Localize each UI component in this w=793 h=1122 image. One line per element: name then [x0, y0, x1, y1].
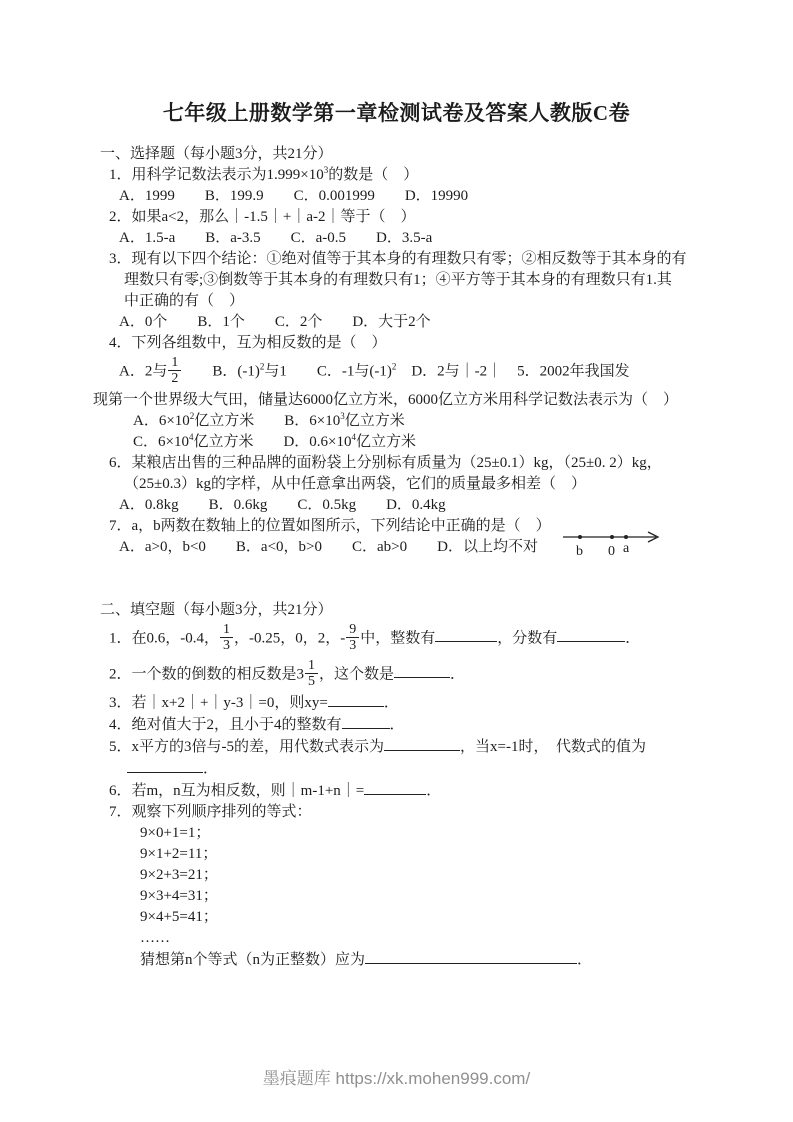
- superscript: 2: [260, 361, 265, 371]
- text-line: 现第一个世界级大气田，储量达6000亿立方米，6000亿立方米用科学记数法表示为…: [0, 390, 793, 411]
- answer-blank: [365, 949, 577, 964]
- text-line: A．1.5-a B．a-3.5 C．a-0.5 D．3.5-a: [0, 228, 793, 249]
- text-line: ．: [0, 758, 793, 780]
- text-line: 9×4+5=41；: [0, 907, 793, 928]
- text-line: A．6×102亿立方米 B．6×103亿立方米: [0, 411, 793, 432]
- superscript: 3: [324, 165, 329, 175]
- answer-blank: [127, 758, 203, 773]
- section-multiple-choice: 一、选择题（每小题3分，共21分） 1．用科学记数法表示为1.999×103的数…: [0, 144, 793, 558]
- fraction: 13: [220, 622, 233, 654]
- text-line: 1．在0.6，-0.4，13，-0.25，0，2，-93中，整数有，分数有．: [0, 621, 793, 657]
- point-b-label: b: [576, 544, 583, 559]
- text-line: A．1999 B．199.9 C．0.001999 D．19990: [0, 186, 793, 207]
- point-zero-label: 0: [608, 544, 615, 559]
- superscript: 2: [190, 411, 195, 421]
- fraction-denominator: 3: [346, 637, 359, 653]
- text-line: 9×2+3=21；: [0, 865, 793, 886]
- text-line: 6．若m，n互为相反数，则｜m-1+n｜=．: [0, 780, 793, 802]
- text-line: 2．如果a<2，那么｜-1.5｜+｜a-2｜等于（ ）: [0, 207, 793, 228]
- text-line: 3．若｜x+2｜+｜y-3｜=0，则xy=．: [0, 692, 793, 714]
- text-line: 中正确的有（ ）: [0, 291, 793, 312]
- superscript: 4: [189, 432, 194, 442]
- text-line: 9×1+2=11；: [0, 844, 793, 865]
- section-heading: 二、填空题（每小题3分，共21分）: [0, 600, 793, 621]
- fraction: 15: [305, 658, 318, 690]
- text-line: 4．绝对值大于2，且小于4的整数有．: [0, 714, 793, 736]
- section-heading: 一、选择题（每小题3分，共21分）: [0, 144, 793, 165]
- point-a-label: a: [623, 541, 630, 556]
- number-line-figure: b 0 a: [560, 524, 668, 562]
- superscript: 3: [340, 411, 345, 421]
- answer-blank: [328, 692, 384, 707]
- text-line: 3．现有以下四个结论：①绝对值等于其本身的有理数只有零；②相反数等于其本身的有: [0, 249, 793, 270]
- exam-page: 七年级上册数学第一章检测试卷及答案人教版C卷 一、选择题（每小题3分，共21分）…: [0, 0, 793, 1122]
- text-line: （25±0.3）kg的字样，从中任意拿出两袋，它们的质量最多相差（ ）: [0, 474, 793, 495]
- text-line: 1．用科学记数法表示为1.999×103的数是（ ）: [0, 165, 793, 186]
- text-line: 4．下列各组数中，互为相反数的是（ ）: [0, 333, 793, 354]
- answer-blank: [384, 736, 460, 751]
- section-lines: 1．用科学记数法表示为1.999×103的数是（ ）A．1999 B．199.9…: [0, 165, 793, 558]
- fraction-numerator: 1: [305, 658, 318, 673]
- fraction-denominator: 3: [220, 637, 233, 653]
- fraction: 93: [346, 622, 359, 654]
- fraction: 12: [168, 355, 181, 387]
- answer-blank: [394, 663, 450, 678]
- footer-watermark: 墨痕题库 https://xk.mohen999.com/: [0, 1064, 793, 1089]
- text-line: 2．一个数的倒数的相反数是315，这个数是．: [0, 657, 793, 693]
- answer-blank: [364, 780, 426, 795]
- point-b-dot: [578, 535, 582, 539]
- fraction-numerator: 9: [346, 622, 359, 637]
- text-line: A．2与12 B．(-1)2与1 C．-1与(-1)2 D．2与｜-2｜ 5．2…: [0, 354, 793, 390]
- text-line: A．0.8kg B．0.6kg C．0.5kg D．0.4kg: [0, 495, 793, 516]
- text-line: 7．观察下列顺序排列的等式：: [0, 802, 793, 823]
- text-line: 5．x平方的3倍与-5的差，用代数式表示为，当x=-1时， 代数式的值为: [0, 736, 793, 758]
- page-title: 七年级上册数学第一章检测试卷及答案人教版C卷: [0, 100, 793, 126]
- fraction-denominator: 2: [168, 370, 181, 386]
- text-line: 9×0+1=1；: [0, 823, 793, 844]
- fraction-denominator: 5: [305, 673, 318, 689]
- fraction-numerator: 1: [220, 622, 233, 637]
- answer-blank: [342, 714, 390, 729]
- text-line: 理数只有零;③倒数等于其本身的有理数只有1；④平方等于其本身的有理数只有1.其: [0, 270, 793, 291]
- section-lines: 1．在0.6，-0.4，13，-0.25，0，2，-93中，整数有，分数有．2．…: [0, 621, 793, 972]
- answer-blank: [557, 627, 625, 642]
- text-line: 猜想第n个等式（n为正整数）应为．: [0, 949, 793, 971]
- text-line: 9×3+4=31；: [0, 886, 793, 907]
- fraction-numerator: 1: [168, 355, 181, 370]
- text-line: 7．a，b两数在数轴上的位置如图所示，下列结论中正确的是（ ）: [0, 516, 793, 537]
- point-a-dot: [624, 535, 628, 539]
- answer-blank: [435, 627, 497, 642]
- text-line: A．0个 B．1个 C．2个 D．大于2个: [0, 312, 793, 333]
- exam-content: 七年级上册数学第一章检测试卷及答案人教版C卷 一、选择题（每小题3分，共21分）…: [0, 0, 793, 971]
- section-fill-in-blank: 二、填空题（每小题3分，共21分） 1．在0.6，-0.4，13，-0.25，0…: [0, 600, 793, 972]
- superscript: 4: [352, 432, 357, 442]
- text-line: 6．某粮店出售的三种品牌的面粉袋上分别标有质量为（25±0.1）kg，（25±0…: [0, 453, 793, 474]
- superscript: 2: [392, 361, 397, 371]
- text-line: A．a>0，b<0 B．a<0，b>0 C．ab>0 D．以上均不对: [0, 537, 793, 558]
- point-zero-dot: [610, 535, 614, 539]
- text-line: ……: [0, 928, 793, 949]
- text-line: C．6×104亿立方米 D．0.6×104亿立方米: [0, 432, 793, 453]
